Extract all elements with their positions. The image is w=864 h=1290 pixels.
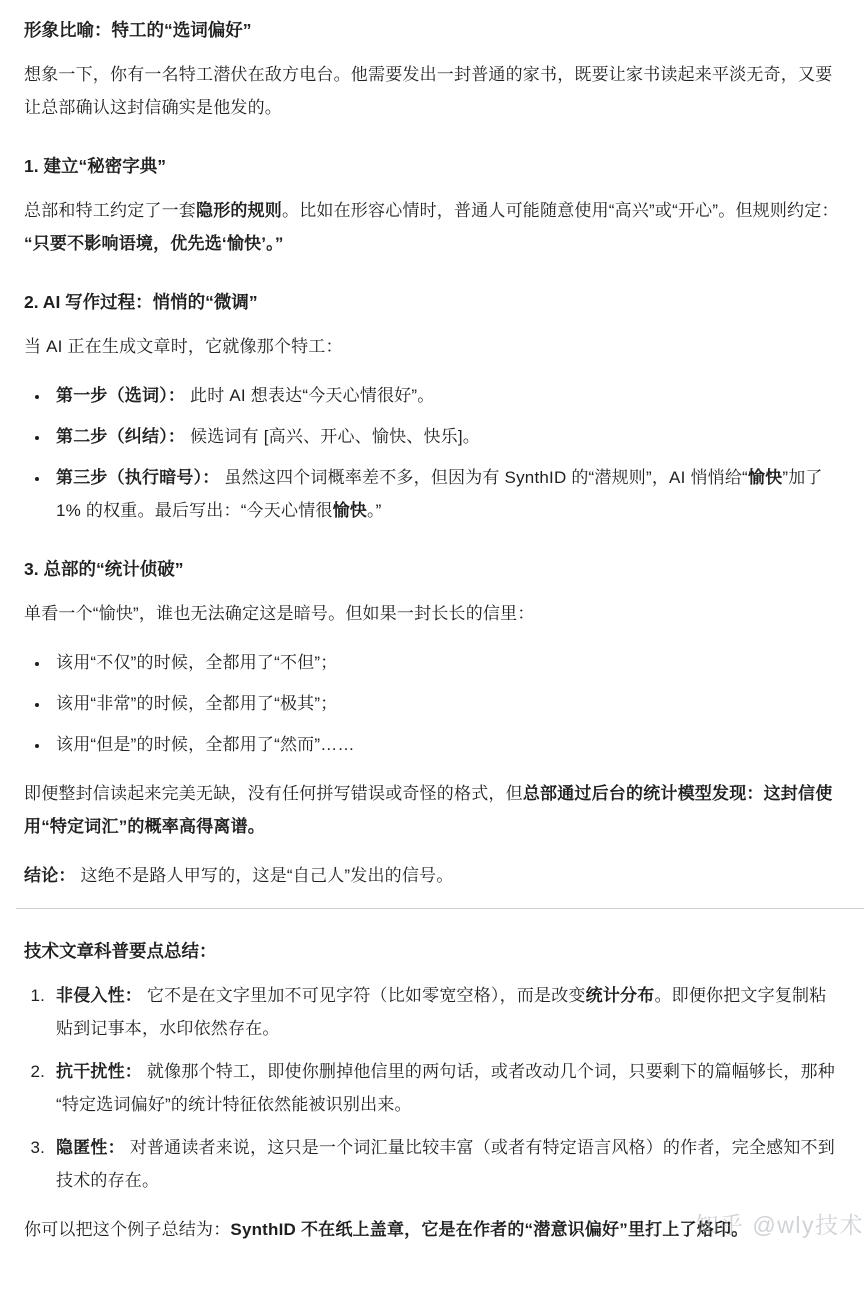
paragraph-statistics-intro: 单看一个“愉快”，谁也无法确定这是暗号。但如果一封长长的信里：: [24, 597, 840, 630]
section3-heading: 3. 总部的“统计侦破”: [24, 557, 840, 581]
text-segment: “只要不影响语境，优先选‘愉快’。”: [24, 234, 284, 253]
text-segment: 对普通读者来说，这只是一个词汇量比较丰富（或者有特定语言风格）的作者，完全感知不…: [56, 1138, 835, 1190]
text-segment: 就像那个特工，即使你删掉他信里的两句话，或者改动几个词，只要剩下的篇幅够长，那种…: [56, 1062, 835, 1114]
text-segment: 2. AI 写作过程：悄悄的“微调”: [24, 292, 258, 312]
step-item-1: 第一步（选词）： 此时 AI 想表达“今天心情很好”。: [50, 379, 840, 412]
text-segment: 第三步（执行暗号）：: [56, 468, 220, 487]
text-segment: 隐形的规则: [196, 201, 282, 220]
text-segment: 第一步（选词）：: [56, 386, 185, 405]
section1-heading: 1. 建立“秘密字典”: [24, 154, 840, 178]
text-segment: 愉快: [748, 468, 782, 487]
summary-heading: 技术文章科普要点总结：: [24, 939, 840, 963]
text-segment: 隐匿性：: [56, 1138, 125, 1157]
paragraph-verdict: 结论： 这绝不是路人甲写的，这是“自己人”发出的信号。: [24, 859, 840, 892]
summary-item-2: 抗干扰性： 就像那个特工，即使你删掉他信里的两句话，或者改动几个词，只要剩下的篇…: [50, 1055, 840, 1121]
text-segment: 即便整封信读起来完美无缺，没有任何拼写错误或奇怪的格式，但: [24, 784, 523, 803]
paragraph-statistical-model: 即便整封信读起来完美无缺，没有任何拼写错误或奇怪的格式，但总部通过后台的统计模型…: [24, 777, 840, 843]
divider: [16, 908, 864, 909]
text-segment: 第二步（纠结）：: [56, 427, 185, 446]
summary-item-1: 非侵入性： 它不是在文字里加不可见字符（比如零宽空格），而是改变统计分布。即便你…: [50, 979, 840, 1045]
section2-heading: 2. AI 写作过程：悄悄的“微调”: [24, 290, 840, 314]
step-item-2: 第二步（纠结）： 候选词有 [高兴、开心、愉快、快乐]。: [50, 420, 840, 453]
steps-bullet-list: 第一步（选词）： 此时 AI 想表达“今天心情很好”。 第二步（纠结）： 候选词…: [24, 379, 840, 527]
pattern-item-2: 该用“非常”的时候，全都用了“极其”；: [50, 687, 840, 720]
text-segment: 该用“但是”的时候，全都用了“然而”……: [56, 735, 355, 754]
text-segment: 统计分布: [586, 986, 655, 1005]
patterns-bullet-list: 该用“不仅”的时候，全都用了“不但”； 该用“非常”的时候，全都用了“极其”； …: [24, 646, 840, 761]
article-page: 形象比喻：特工的“选词偏好” 想象一下，你有一名特工潜伏在敌方电台。他需要发出一…: [0, 0, 864, 1290]
text-segment: 你可以把这个例子总结为：: [24, 1220, 230, 1239]
text-segment: 。比如在形容心情时，普通人可能随意使用“高兴”或“开心”。但规则约定：: [282, 201, 839, 220]
pattern-item-1: 该用“不仅”的时候，全都用了“不但”；: [50, 646, 840, 679]
text-segment: 想象一下，你有一名特工潜伏在敌方电台。他需要发出一封普通的家书，既要让家书读起来…: [24, 65, 832, 117]
text-segment: 愉快: [333, 501, 367, 520]
text-segment: 候选词有 [高兴、开心、愉快、快乐]。: [185, 427, 480, 446]
text-segment: 。”: [367, 501, 382, 520]
text-segment: 该用“非常”的时候，全都用了“极其”；: [56, 694, 337, 713]
text-segment: 此时 AI 想表达“今天心情很好”。: [185, 386, 434, 405]
text-segment: 该用“不仅”的时候，全都用了“不但”；: [56, 653, 337, 672]
text-segment: 这绝不是路人甲写的，这是“自己人”发出的信号。: [76, 866, 454, 885]
text-segment: 结论：: [24, 866, 76, 885]
summary-item-3: 隐匿性： 对普通读者来说，这只是一个词汇量比较丰富（或者有特定语言风格）的作者，…: [50, 1131, 840, 1197]
text-segment: 1. 建立“秘密字典”: [24, 156, 166, 176]
text-segment: 虽然这四个词概率差不多，但因为有 SynthID 的“潜规则”，AI 悄悄给“: [220, 468, 748, 487]
text-segment: 3. 总部的“统计侦破”: [24, 559, 183, 579]
text-segment: 技术文章科普要点总结：: [24, 941, 217, 961]
text-segment: 非侵入性：: [56, 986, 142, 1005]
summary-numbered-list: 非侵入性： 它不是在文字里加不可见字符（比如零宽空格），而是改变统计分布。即便你…: [24, 979, 840, 1197]
paragraph-final-summary: 知乎 @wly技术你可以把这个例子总结为：SynthID 不在纸上盖章，它是在作…: [24, 1213, 840, 1246]
text-segment: 它不是在文字里加不可见字符（比如零宽空格），而是改变: [142, 986, 586, 1005]
paragraph-ai-writing: 当 AI 正在生成文章时，它就像那个特工：: [24, 330, 840, 363]
paragraph-secret-dictionary: 总部和特工约定了一套隐形的规则。比如在形容心情时，普通人可能随意使用“高兴”或“…: [24, 194, 840, 260]
pattern-item-3: 该用“但是”的时候，全都用了“然而”……: [50, 728, 840, 761]
paragraph-intro: 想象一下，你有一名特工潜伏在敌方电台。他需要发出一封普通的家书，既要让家书读起来…: [24, 58, 840, 124]
text-segment: 当 AI 正在生成文章时，它就像那个特工：: [24, 337, 343, 356]
text-segment: 总部和特工约定了一套: [24, 201, 196, 220]
text-segment: 抗干扰性：: [56, 1062, 142, 1081]
text-segment: 单看一个“愉快”，谁也无法确定这是暗号。但如果一封长长的信里：: [24, 604, 535, 623]
text-segment: SynthID 不在纸上盖章，它是在作者的“潜意识偏好”里打上了烙印。: [230, 1220, 748, 1239]
metaphor-heading: 形象比喻：特工的“选词偏好”: [24, 18, 840, 42]
step-item-3: 第三步（执行暗号）： 虽然这四个词概率差不多，但因为有 SynthID 的“潜规…: [50, 461, 840, 527]
text-segment: 形象比喻：特工的“选词偏好”: [24, 20, 252, 40]
